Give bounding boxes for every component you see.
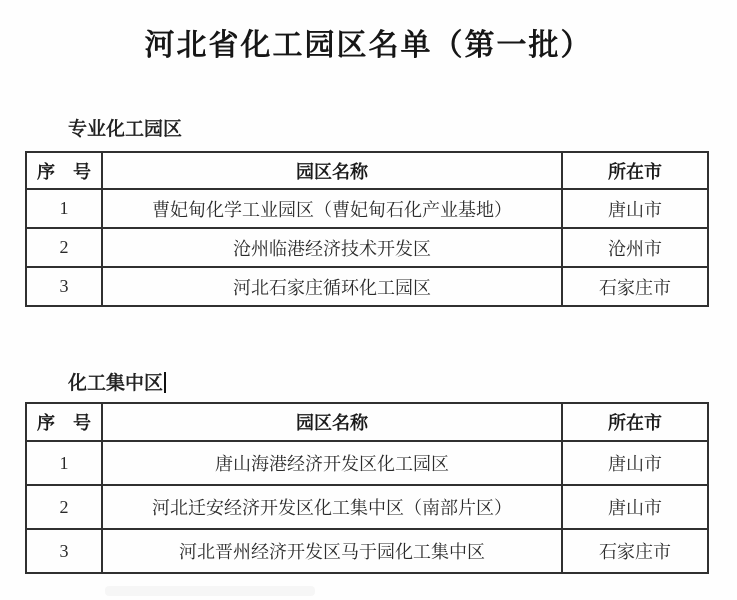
section-heading-text: 化工集中区 <box>68 373 163 394</box>
table-row: 2 沧州临港经济技术开发区 沧州市 <box>26 228 708 267</box>
park-name: 河北迁安经济开发区化工集中区（南部片区） <box>102 485 562 529</box>
row-number: 2 <box>26 228 102 267</box>
column-header-city: 所在市 <box>562 152 708 189</box>
table-row: 1 曹妃甸化学工业园区（曹妃甸石化产业基地） 唐山市 <box>26 189 708 228</box>
row-number: 1 <box>26 189 102 228</box>
column-header-park-name: 园区名称 <box>102 403 562 441</box>
row-number: 1 <box>26 441 102 485</box>
column-header-number: 序 号 <box>26 152 102 189</box>
text-cursor <box>164 372 166 393</box>
table-row: 1 唐山海港经济开发区化工园区 唐山市 <box>26 441 708 485</box>
row-number: 3 <box>26 529 102 573</box>
park-city: 唐山市 <box>562 189 708 228</box>
table-header-row: 序 号 园区名称 所在市 <box>26 403 708 441</box>
park-city: 石家庄市 <box>562 267 708 306</box>
park-city: 唐山市 <box>562 485 708 529</box>
concentration-zones-table: 序 号 园区名称 所在市 1 唐山海港经济开发区化工园区 唐山市 2 河北迁安经… <box>25 402 709 574</box>
column-header-park-name: 园区名称 <box>102 152 562 189</box>
park-name: 河北晋州经济开发区马于园化工集中区 <box>102 529 562 573</box>
section-heading-text: 专业化工园区 <box>68 119 182 140</box>
section-heading-specialized-parks: 专业化工园区 <box>68 114 182 141</box>
table-row: 2 河北迁安经济开发区化工集中区（南部片区） 唐山市 <box>26 485 708 529</box>
table-row: 3 河北晋州经济开发区马于园化工集中区 石家庄市 <box>26 529 708 573</box>
park-name: 河北石家庄循环化工园区 <box>102 267 562 306</box>
park-name: 曹妃甸化学工业园区（曹妃甸石化产业基地） <box>102 189 562 228</box>
column-header-city: 所在市 <box>562 403 708 441</box>
park-city: 沧州市 <box>562 228 708 267</box>
park-city: 唐山市 <box>562 441 708 485</box>
table-row: 3 河北石家庄循环化工园区 石家庄市 <box>26 267 708 306</box>
document-page: 河北省化工园区名单（第一批） 专业化工园区 序 号 园区名称 所在市 1 曹妃甸… <box>0 0 737 600</box>
scan-artifact <box>105 586 315 596</box>
park-name: 沧州临港经济技术开发区 <box>102 228 562 267</box>
row-number: 2 <box>26 485 102 529</box>
column-header-number: 序 号 <box>26 403 102 441</box>
section-heading-concentration-zones[interactable]: 化工集中区 <box>68 368 166 395</box>
row-number: 3 <box>26 267 102 306</box>
table-header-row: 序 号 园区名称 所在市 <box>26 152 708 189</box>
park-name: 唐山海港经济开发区化工园区 <box>102 441 562 485</box>
document-title: 河北省化工园区名单（第一批） <box>0 20 737 64</box>
specialized-parks-table: 序 号 园区名称 所在市 1 曹妃甸化学工业园区（曹妃甸石化产业基地） 唐山市 … <box>25 151 709 307</box>
park-city: 石家庄市 <box>562 529 708 573</box>
